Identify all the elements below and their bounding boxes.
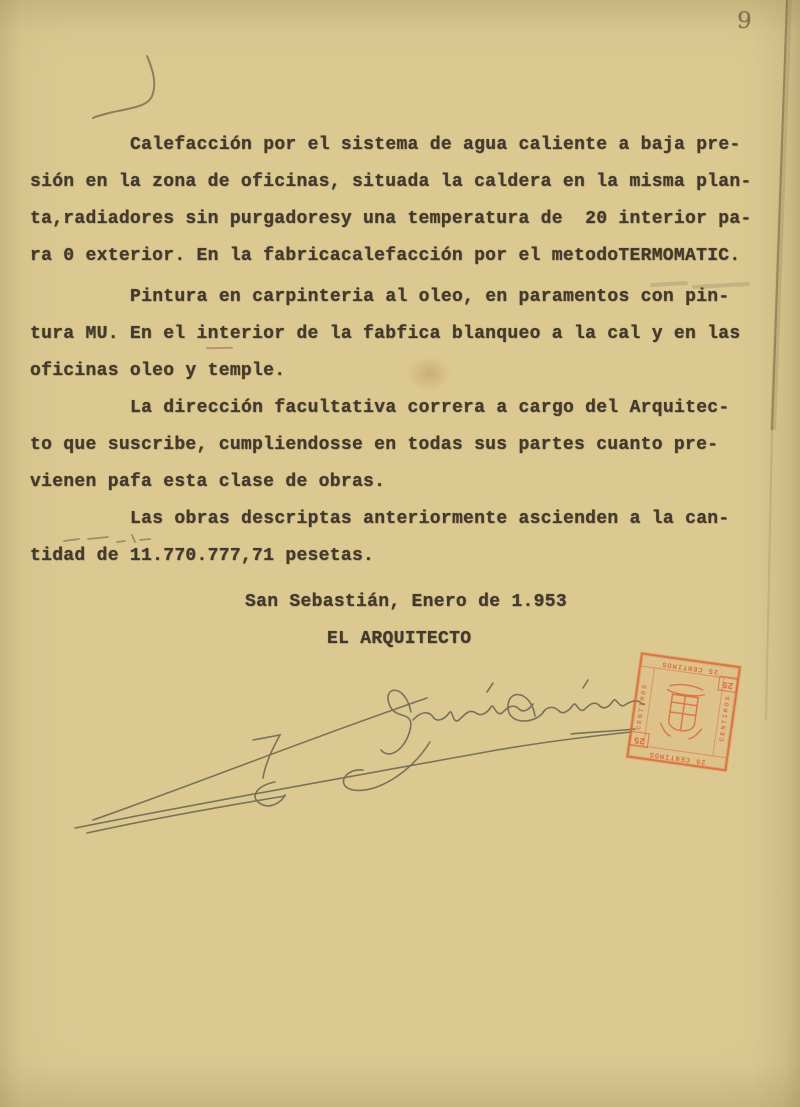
typed-line: to que suscribe, cumpliendosse en todas …	[30, 427, 775, 464]
typed-line: oficinas oleo y temple.	[30, 353, 775, 390]
stamp-bottom-band: 25 CENTIMOS	[641, 655, 739, 680]
stamp-value-corner: 25	[717, 676, 738, 693]
typed-line: La dirección facultativa correra a cargo…	[30, 390, 775, 427]
typed-line: Las obras descriptas anteriormente ascie…	[30, 501, 775, 538]
revenue-stamp: 25 CENTIMOS CENTIMOS CENTIMOS	[626, 652, 743, 773]
stamp-top-band: 25 CENTIMOS	[629, 744, 727, 769]
typed-line: sión en la zona de oficinas, situada la …	[30, 164, 775, 201]
signature	[35, 650, 645, 840]
signatory-role: EL ARQUITECTO	[327, 629, 471, 649]
date-line: San Sebastián, Enero de 1.953	[245, 592, 567, 612]
stamp-value-corner: 25	[629, 731, 650, 748]
typed-line: vienen pafa esta clase de obras.	[30, 464, 775, 501]
typed-line: tura MU. En el interior de la fabfica bl…	[30, 316, 775, 353]
scanned-document-page: 9 Calefacción por el sistema de agua cal…	[0, 0, 800, 1107]
stamp-side-band: CENTIMOS	[630, 667, 655, 746]
typed-line: Calefacción por el sistema de agua calie…	[30, 127, 775, 164]
stamp-arch-emblem	[653, 678, 715, 745]
page-number: 9	[736, 8, 752, 35]
typed-line: ta,radiadores sin purgadoresy una temper…	[30, 201, 775, 238]
stamp-side-band: CENTIMOS	[712, 678, 737, 757]
document-body: Calefacción por el sistema de agua calie…	[30, 127, 775, 575]
typed-line: Pintura en carpinteria al oleo, en param…	[30, 279, 775, 316]
typed-line: tidad de 11.770.777,71 pesetas.	[30, 538, 775, 575]
pencil-stray-mark	[85, 48, 205, 133]
typed-line: ra 0 exterior. En la fabricacalefacción …	[30, 238, 775, 275]
revenue-stamp-frame: 25 CENTIMOS CENTIMOS CENTIMOS	[626, 652, 741, 771]
